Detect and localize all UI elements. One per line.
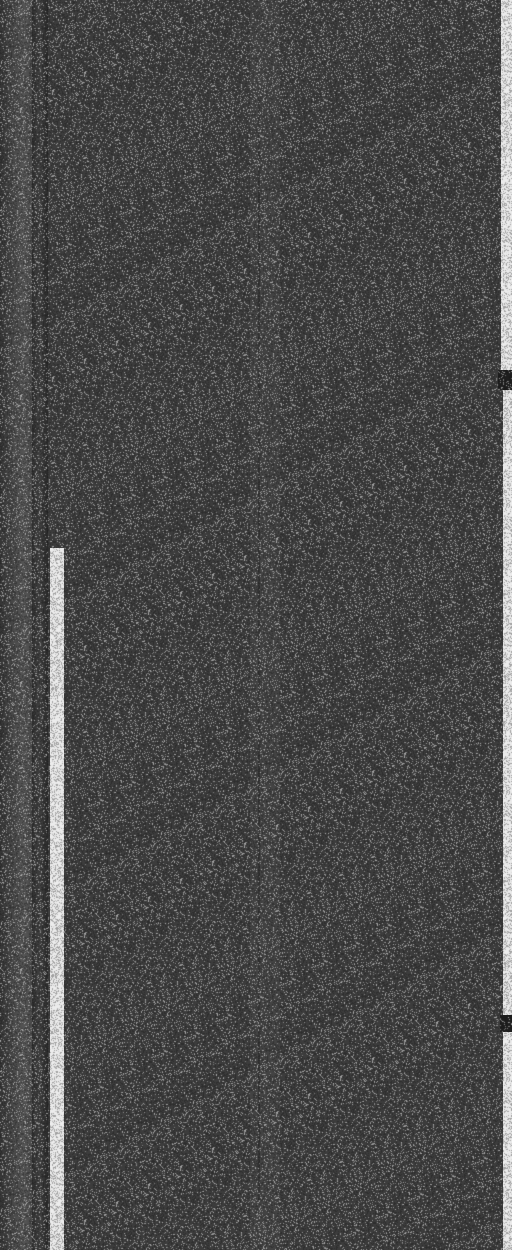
road-shoulder xyxy=(0,0,48,1250)
marking-break-lower xyxy=(500,1015,512,1032)
wheel-track-band xyxy=(250,0,280,1250)
left-lane-marking xyxy=(50,548,64,1250)
shoulder-edge-shadow xyxy=(32,0,40,1250)
marking-break-upper xyxy=(498,370,512,390)
road-photo xyxy=(0,0,512,1250)
right-lane-marking-top xyxy=(501,0,512,370)
right-lane-marking-middle xyxy=(503,390,512,1015)
right-lane-marking-bottom xyxy=(503,1032,512,1250)
pavement-seam xyxy=(258,100,260,1200)
